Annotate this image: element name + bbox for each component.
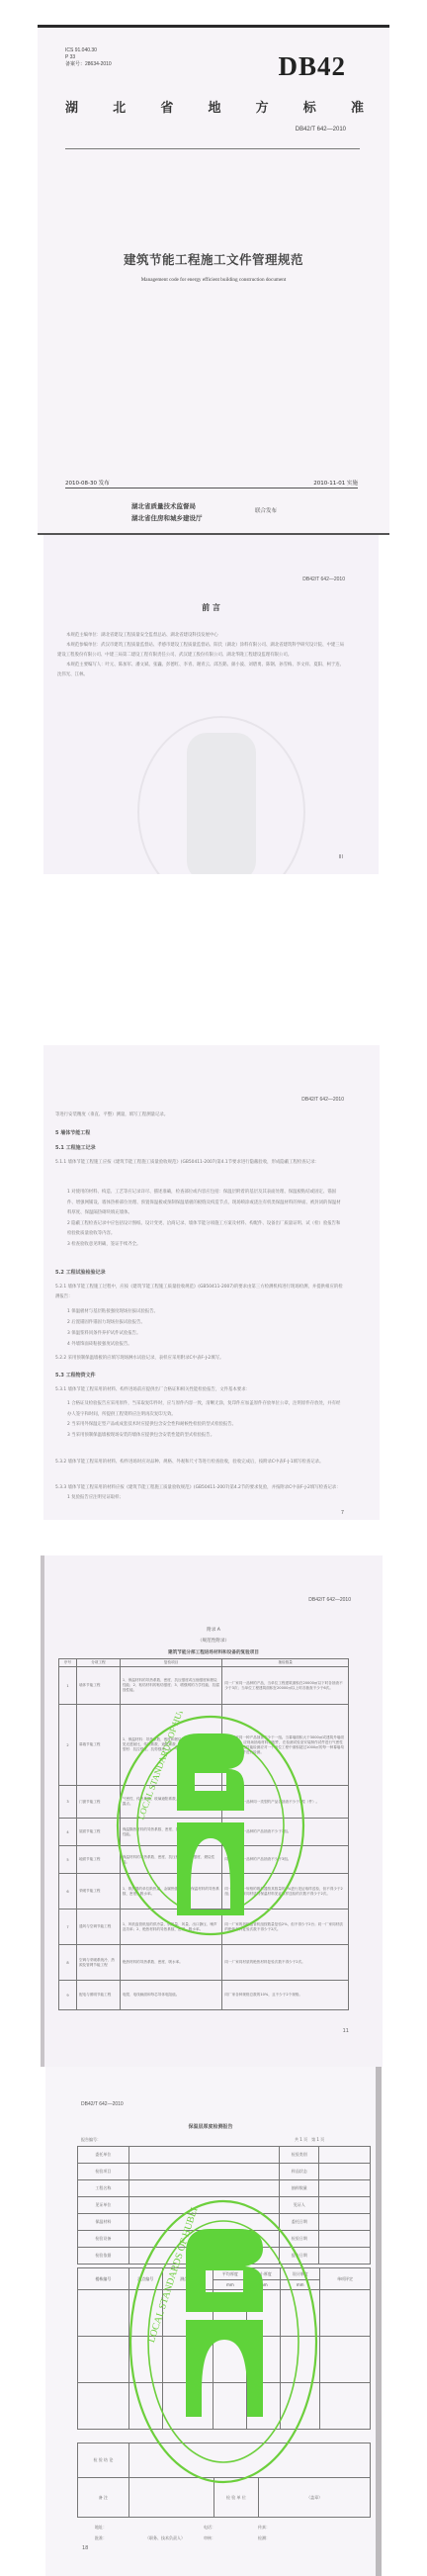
cell-no: 1 (59, 1667, 77, 1705)
cell-sample: 同一厂家同材质的绝热材料复验次数不得少于2次。 (222, 1945, 349, 1981)
measurement-table: 楼栋编号 测点编号 测点部位 平均厚度 最小厚度 设计厚度 单项评定 mm mm… (77, 2267, 371, 2430)
field-value[interactable] (128, 2147, 279, 2164)
cell-no: 9 (59, 1981, 77, 2010)
clause-5-2-2: 5.2.2 采用预制保温墙板的应填写现场淋水试验记录，表样应采用附录C中表F-J… (55, 1354, 344, 1364)
doc-code: DB42/T 642—2010 (302, 577, 345, 582)
field-label: 检 验 单 位 (213, 2478, 259, 2518)
cell-no: 2 (59, 1705, 77, 1786)
clause-5-3-2: 5.3.2 墙体节能工程采用的材料、构件进场时应对品种、规格、外观和尺寸等进行检… (55, 1458, 344, 1467)
list-item: 4 外墙饰面砖粘接强度试验报告。 (67, 1339, 344, 1350)
field-label: 检验依据 (78, 2248, 129, 2265)
report-number-label: 报告编号： (81, 2137, 101, 2143)
footer-test: 检测： (258, 2535, 270, 2541)
issuing-authorities: 湖北省质量技术监督局 湖北省住房和城乡建设厅 (131, 500, 203, 524)
std-char: 省 (160, 97, 173, 116)
ics-code: ICS 91.040.30 (65, 47, 112, 54)
field-value[interactable] (319, 2164, 371, 2180)
field-value[interactable] (319, 2197, 371, 2214)
page-count-label: 共 1 页 第 1 页 (295, 2137, 324, 2143)
table-header-row: 楼栋编号 测点编号 测点部位 平均厚度 最小厚度 设计厚度 单项评定 (78, 2268, 371, 2280)
section5-page: DB42/T 642—2010 等进行安装精度（垂直、平整）测量，填写工程测量记… (43, 1045, 380, 1520)
cell-items: 1、风机盘管机组的供冷量、供热量、风量、出口静压、噪声及功率；2、绝热材料的导热… (120, 1910, 222, 1945)
list-item: 3 检查验收意见明确，签证手续齐全。 (67, 1240, 344, 1251)
table-row: 3 门窗节能工程 气密性、传热系数、玻璃遮阳系数、可见光透射比、中空玻璃露点。 … (59, 1786, 349, 1819)
standard-type: 湖 北 省 地 方 标 准 (65, 97, 364, 116)
page-number: 18 (82, 2545, 88, 2551)
table-row: 工程名称抽样数量 (78, 2180, 371, 2197)
footer-address: 地址： (95, 2525, 107, 2531)
faint-stamp-icon (132, 713, 310, 874)
field-value[interactable] (128, 2248, 279, 2265)
section-heading: 5.1 工程施工记录 (55, 1144, 96, 1151)
field-label: 报告日期 (280, 2248, 319, 2265)
doc-code: DB42/T 642—2010 (81, 2101, 124, 2107)
cell-name: 空调与采暖系统冷、热源及管网节能工程 (76, 1945, 120, 1981)
cell-name: 屋面节能工程 (76, 1819, 120, 1846)
table-row: 1 墙体节能工程 1、保温材料的导热系数、密度、抗压强度或压缩强度和燃烧性能；2… (59, 1667, 349, 1705)
issuer: 湖北省质量技术监督局 (131, 500, 203, 512)
field-label: 委托日期 (280, 2214, 319, 2231)
column-header: 楼栋编号 (78, 2268, 129, 2290)
filing-number: 备案号：28634-2010 (65, 61, 112, 68)
clause-5-3-1-items: 1 合格证及检验报告应采用原件，当采取复印件时，应与原件内容一致，清晰无涂，复印… (67, 1399, 344, 1441)
field-label: 检 验 结 论 (78, 2443, 129, 2478)
document-title-en: Management code for energy efficient bui… (38, 277, 389, 283)
cell-sample: 同一厂家同一规格的散热器按其数量的1%进行见证取样送检，但不得少于2组；同一厂家… (222, 1874, 349, 1910)
list-item: 2 隐蔽工程检查记录中应包括设计图纸、设计变更、洽商记录、墙体节能分项施工方案及… (67, 1219, 344, 1240)
std-char: 北 (113, 97, 126, 116)
clause-5-2-1-items: 1 保温板材与基层粘接强度现场拉拔试验报告。 2 后置锚固件锚固力现场拉拔试验报… (67, 1306, 344, 1350)
appendix-note: （规范性附录） (44, 1638, 383, 1643)
doc-code: DB42/T 642—2010 (308, 1597, 351, 1603)
table-row: 4 屋面节能工程 保温隔热材料的导热系数、密度、抗压强度或压缩强度、燃烧性能。 … (59, 1819, 349, 1846)
divider (65, 148, 360, 149)
unit-label: mm (281, 2280, 320, 2290)
cell-name: 墙体节能工程 (76, 1667, 120, 1705)
field-value[interactable] (319, 2180, 371, 2197)
cell-sample: 同一厂家同一品种的产品抽查不少于3组。 (222, 1846, 349, 1874)
table-row: 委托单位检验类别 (78, 2147, 371, 2164)
p-code: P 33 (65, 54, 112, 61)
foreword-body: 本规范主编单位：湖北省建设工程质量安全监督总站、湖北省建设科技发展中心 本规范参… (57, 631, 345, 680)
std-char: 湖 (65, 97, 78, 116)
cell-sample: 同一厂家同一品种的产品，当单位工程建筑面积在20000㎡以下时各抽查不少于3次；… (222, 1667, 349, 1705)
table-row: 检验项目样品状态 (78, 2164, 371, 2180)
paragraph: 5.3.3 墙体节能工程采用的材料应按《建筑节能工程施工质量验收规范》(GB50… (55, 1483, 344, 1493)
table-row: 见证单位见证人 (78, 2197, 371, 2214)
list-item: 3 保温浆料同条件养护试件试验报告。 (67, 1328, 344, 1339)
appendix-title: 建筑节能分部工程进场材料和设备的复验项目 (44, 1649, 383, 1655)
appendix-label: 附录 A (44, 1627, 383, 1633)
carry-line: 等进行安装精度（垂直、平整）测量，填写工程测量记录。 (55, 1110, 344, 1120)
table-row (78, 2383, 371, 2430)
paragraph: 本规范参编单位：武汉市建筑工程质量监督站、孝感市建设工程质量监督站、阳氏（湖北）… (57, 641, 345, 661)
field-value[interactable] (128, 2197, 279, 2214)
field-value[interactable] (128, 2164, 279, 2180)
field-value[interactable] (319, 2248, 371, 2265)
paragraph: 5.2.2 采用预制保温墙板的应填写现场淋水试验记录，表样应采用附录C中表F-J… (55, 1354, 344, 1364)
column-header: 测点编号 (128, 2268, 162, 2290)
field-value[interactable] (128, 2231, 279, 2248)
std-char: 标 (303, 97, 316, 116)
footer-phone: 电话： (204, 2525, 215, 2531)
cell-name: 幕墙节能工程 (76, 1705, 120, 1786)
appendix-a-page: DB42/T 642—2010 附录 A （规范性附录） 建筑节能分部工程进场材… (41, 1555, 383, 2067)
cell-no: 5 (59, 1846, 77, 1874)
release-date: 2010-08-30 发布 (65, 479, 110, 487)
field-label: 检验类别 (280, 2147, 319, 2164)
field-value[interactable] (128, 2214, 279, 2231)
cell-items: 电缆、电线截面和每芯导体电阻值。 (120, 1981, 222, 2010)
std-char: 方 (256, 97, 269, 116)
table-row: 2 幕墙节能工程 1、保温材料：导热系数、密度和燃烧性能；2、幕墙玻璃：可见光透… (59, 1705, 349, 1786)
retest-table: 序号 分项工程 复验项目 抽检数量 1 墙体节能工程 1、保温材料的导热系数、密… (58, 1658, 349, 2010)
db42-logo: DB42 (278, 51, 346, 82)
clause-5-1-1: 5.1.1 墙体节能工程施工应按《建筑节能工程施工质量验收规范》(GB50411… (55, 1158, 344, 1168)
document-title-cn: 建筑节能工程施工文件管理规范 (38, 250, 389, 268)
field-label: 见证单位 (78, 2197, 129, 2214)
footer-fax: 传真： (258, 2525, 270, 2531)
conclusion-row: 检 验 结 论 (78, 2443, 371, 2478)
report-info-table: 委托单位检验类别 检验项目样品状态 工程名称抽样数量 见证单位见证人 保温材料委… (77, 2146, 371, 2265)
field-value[interactable] (319, 2214, 371, 2231)
list-item: 1 合格证及检验报告应采用原件，当采取复印件时，应与原件内容一致，清晰无涂，复印… (67, 1399, 344, 1420)
table-row: 9 配电与照明节能工程 电缆、电线截面和每芯导体电阻值。 同厂家各种规格总数的1… (59, 1981, 349, 2010)
cell-no: 8 (59, 1945, 77, 1981)
chapter-heading: 5 墙体节能工程 (55, 1129, 90, 1136)
cell-sample: 同一厂家同一品种同一类型的产品各抽查不少于3樘（件）。 (222, 1786, 349, 1819)
cell-items: 保温隔热材料的导热系数、密度、抗压强度或压缩强度、燃烧性能。 (120, 1819, 222, 1846)
list-item: 2 当采用外保温定型产品或成套技术时应提供包含安全性和耐候性检验的型式检验报告。 (67, 1420, 344, 1431)
column-header: 抽检数量 (222, 1659, 349, 1667)
table-row: 7 通风与空调节能工程 1、风机盘管机组的供冷量、供热量、风量、出口静压、噪声及… (59, 1910, 349, 1945)
table-row: 5 地面节能工程 保温材料的导热系数、密度、抗压强度或压缩强度、燃烧性能。 同一… (59, 1846, 349, 1874)
cell-items: 1、散热器的单位散热量、金属热强度；2、保温材料的导热系数、密度、吸水率。 (120, 1874, 222, 1910)
clause-5-2-1: 5.2.1 墙体节能工程施工过程中，应按《建筑节能工程施工质量验收规范》(GB5… (55, 1283, 344, 1302)
cell-items: 1、保温材料的导热系数、密度、抗压强度或压缩强度和燃烧性能；2、粘结材料的粘结强… (120, 1667, 222, 1705)
field-label: 委托单位 (78, 2147, 129, 2164)
section-heading: 5.3 工程物资文件 (55, 1372, 96, 1378)
unit-label: mm (213, 2280, 247, 2290)
cell-items: 1、保温材料：导热系数、密度和燃烧性能；2、幕墙玻璃：可见光透射比、传热系数、遮… (120, 1705, 222, 1786)
table-row: 6 采暖节能工程 1、散热器的单位散热量、金属热强度；2、保温材料的导热系数、密… (59, 1874, 349, 1910)
implement-date: 2010-11-01 实施 (313, 479, 358, 487)
cell-name: 通风与空调节能工程 (76, 1910, 120, 1945)
column-header: 单项评定 (320, 2268, 371, 2290)
paragraph: 5.2.1 墙体节能工程施工过程中，应按《建筑节能工程施工质量验收规范》(GB5… (55, 1283, 344, 1302)
field-label: 样品状态 (280, 2164, 319, 2180)
field-value[interactable] (319, 2231, 371, 2248)
cell-items: 绝热材料的导热系数、密度、吸水率。 (120, 1945, 222, 1981)
field-value[interactable] (128, 2180, 279, 2197)
page-number: III (339, 854, 343, 860)
cell-sample: 同厂家各种规格总数的10%，且不少于2个规格。 (222, 1981, 349, 2010)
list-item: 1 保温板材与基层粘接强度现场拉拔试验报告。 (67, 1306, 344, 1317)
paragraph: 5.3.2 墙体节能工程采用的材料、构件进场时应对品种、规格、外观和尺寸等进行检… (55, 1458, 344, 1467)
column-header: 平均厚度 (213, 2268, 247, 2280)
table-row: 检验依据报告日期 (78, 2248, 371, 2265)
column-header: 分项工程 (76, 1659, 120, 1667)
foreword-page: DB42/T 642—2010 前 言 本规范主编单位：湖北省建设工程质量安全监… (43, 535, 379, 874)
table-row (78, 2290, 371, 2337)
paragraph: 本规范主编单位：湖北省建设工程质量安全监督总站、湖北省建设科技发展中心 (57, 631, 345, 641)
paragraph: 5.1.1 墙体节能工程施工应按《建筑节能工程施工质量验收规范》(GB50411… (55, 1158, 344, 1168)
column-header: 最小厚度 (247, 2268, 281, 2280)
field-label: 保温材料 (78, 2214, 129, 2231)
page-number: 7 (341, 1510, 344, 1516)
field-label: 检验设备 (78, 2231, 129, 2248)
field-label: 备 注 (78, 2478, 129, 2518)
cell-no: 3 (59, 1786, 77, 1819)
column-header: 序号 (59, 1659, 77, 1667)
issuer: 湖北省住房和城乡建设厅 (131, 512, 203, 524)
clause-5-3-3: 5.3.3 墙体节能工程采用的材料应按《建筑节能工程施工质量验收规范》(GB50… (55, 1483, 344, 1503)
table-row: 保温材料委托日期 (78, 2214, 371, 2231)
field-label: 检验日期 (280, 2231, 319, 2248)
foreword-heading: 前 言 (43, 602, 379, 613)
form-title: 保温层厚度检测报告 (45, 2123, 376, 2130)
cell-sample: 同一厂家的风机盘管机组按数量复验2%，但不得少于2台；同一厂家同材质的绝热材料复… (222, 1910, 349, 1945)
column-header: 设计厚度 (281, 2268, 320, 2280)
paragraph: 等进行安装精度（垂直、平整）测量，填写工程测量记录。 (55, 1110, 344, 1120)
cell-sample: 同一厂家同一品种的产品抽查不少于3组。 (222, 1819, 349, 1846)
clause-5-3-1: 5.3.1 墙体节能工程采用的材料、构件进场前应提供出厂合格证和相关性能检验报告… (55, 1385, 344, 1395)
field-label: 检验项目 (78, 2164, 129, 2180)
table-row: 8 空调与采暖系统冷、热源及管网节能工程 绝热材料的导热系数、密度、吸水率。 同… (59, 1945, 349, 1981)
cell-items: 保温材料的导热系数、密度、抗压强度或压缩强度、燃烧性能。 (120, 1846, 222, 1874)
cell-sample: 同一厂家同一种产品抽查不少于一组。当幕墙面积大于3000㎡或建筑外墙面积50%时… (222, 1705, 349, 1786)
cell-no: 6 (59, 1874, 77, 1910)
table-row (78, 2337, 371, 2383)
footer-approve-note: （职务、技术负责人） (145, 2535, 185, 2541)
list-item: 1 复验报告应注明见证取样； (55, 1493, 344, 1503)
cover-classification: ICS 91.040.30 P 33 备案号：28634-2010 (65, 47, 112, 68)
cell-name: 采暖节能工程 (76, 1874, 120, 1910)
cell-no: 7 (59, 1910, 77, 1945)
list-item: 2 后置锚固件锚固力现场拉拔试验报告。 (67, 1317, 344, 1328)
paragraph: 5.3.1 墙体节能工程采用的材料、构件进场前应提供出厂合格证和相关性能检验报告… (55, 1385, 344, 1395)
report-form-page: DB42/T 642—2010 保温层厚度检测报告 报告编号： 共 1 页 第 … (45, 2067, 382, 2576)
publication-dates: 2010-08-30 发布 2010-11-01 实施 (65, 479, 358, 489)
unit-label: mm (247, 2280, 281, 2290)
remarks-row: 备 注 检 验 单 位 （盖章） (78, 2478, 371, 2518)
table-header-row: 序号 分项工程 复验项目 抽检数量 (59, 1659, 349, 1667)
cell-items: 气密性、传热系数、玻璃遮阳系数、可见光透射比、中空玻璃露点。 (120, 1786, 222, 1819)
field-label: 工程名称 (78, 2180, 129, 2197)
cell-name: 地面节能工程 (76, 1846, 120, 1874)
column-header: 测点部位 (162, 2268, 213, 2290)
section-heading: 5.2 工程试验检验记录 (55, 1269, 106, 1276)
cell-no: 4 (59, 1819, 77, 1846)
page-number: 11 (343, 2028, 349, 2034)
list-item: 3 当采用预制保温墙板现场安装的墙体应提供包含安装性能的型式检验报告。 (67, 1431, 344, 1442)
table-row: 检验设备检验日期 (78, 2231, 371, 2248)
field-label: 抽样数量 (280, 2180, 319, 2197)
cell-name: 门窗节能工程 (76, 1786, 120, 1819)
list-item: 1 对使用的材料、构造、工艺等应记录详尽、描述准确，检查部位或内容应包括：保温层… (67, 1188, 344, 1219)
field-label: 见证人 (280, 2197, 319, 2214)
std-char: 准 (351, 97, 364, 116)
conclusion-table: 检 验 结 论 备 注 检 验 单 位 （盖章） (77, 2443, 371, 2518)
doc-code: DB42/T 642—2010 (301, 1097, 344, 1103)
cover-page: ICS 91.040.30 P 33 备案号：28634-2010 DB42 湖… (38, 25, 389, 535)
clause-5-1-1-items: 1 对使用的材料、构造、工艺等应记录详尽、描述准确，检查部位或内容应包括：保温层… (67, 1188, 344, 1250)
remarks-value[interactable] (128, 2478, 213, 2518)
footer-approve: 批准： (95, 2535, 107, 2541)
cell-name: 配电与照明节能工程 (76, 1981, 120, 2010)
column-header: 复验项目 (120, 1659, 222, 1667)
field-value[interactable] (319, 2147, 371, 2164)
joint-release-label: 联合发布 (255, 506, 277, 514)
seal-placeholder: （盖章） (259, 2478, 371, 2518)
std-char: 地 (208, 97, 220, 116)
footer-review: 审核： (204, 2535, 215, 2541)
paragraph: 本规范主要编写人：叶元、陈加军、潘文斌、张巍、彭德红、李青、谢青云、邱杰銘、颜小… (57, 661, 345, 680)
standard-code: DB42/T 642—2010 (296, 127, 346, 133)
conclusion-value[interactable] (128, 2443, 370, 2478)
